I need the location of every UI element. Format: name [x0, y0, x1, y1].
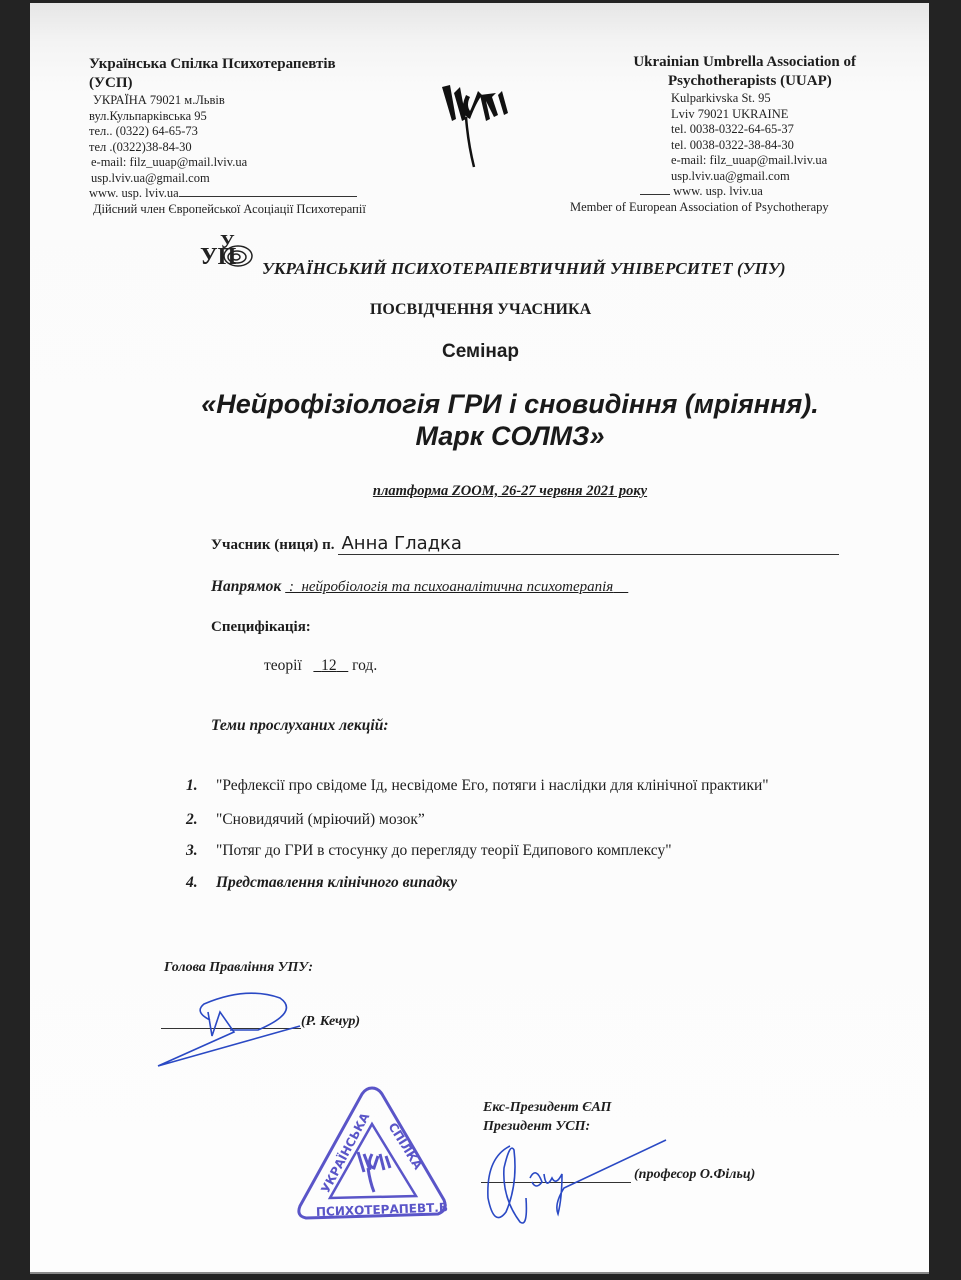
seminar-title-line-1: «Нейрофізіологія ГРИ і сновидіння (мріян… [0, 388, 961, 420]
underline [179, 196, 357, 197]
address-line: Kulparkivska St. 95 [671, 91, 860, 107]
certificate-title: ПОСВІДЧЕННЯ УЧАСНИКА [0, 301, 961, 319]
lecture-text: "Потяг до ГРИ в стосунку до перегляду те… [216, 842, 672, 859]
lecture-text: "Рефлексії про свідоме Ід, несвідоме Его… [216, 777, 769, 794]
membership-line: Member of European Association of Psycho… [570, 200, 860, 216]
lecture-text: "Сновидячий (мріючий) мозок” [216, 811, 425, 828]
president-signature-icon [480, 1138, 670, 1230]
address-line: УКРАЇНА 79021 м.Львів [89, 93, 366, 109]
website-line: www. usp. lviv.ua [89, 186, 179, 200]
address-line: Lviv 79021 UKRAINE [671, 107, 860, 123]
president-title-1: Екс-Президент ЄАП [483, 1098, 611, 1117]
svg-text:ПСИХОТЕРАПЕВТ.В: ПСИХОТЕРАПЕВТ.В [316, 1200, 449, 1219]
underline [640, 194, 670, 195]
header-left: Українська Спілка Психотерапевтів (УСП) … [89, 55, 366, 217]
event-type: Семінар [0, 341, 961, 363]
head-title: Голова Правління УПУ: [164, 960, 313, 976]
direction-value: нейробіологія та психоаналітична психоте… [301, 579, 613, 595]
theory-label: теорії [264, 657, 302, 674]
president-title: Екс-Президент ЄАП Президент УСП: [483, 1098, 611, 1136]
direction-label: Напрямок [211, 578, 281, 595]
address-line: вул.Кульпарківська 95 [89, 109, 366, 125]
organization-stamp: УКРАЇНСЬКА СПІЛКА ПСИХОТЕРАПЕВТ.В [292, 1082, 452, 1228]
lecture-text: Представлення клінічного випадку [216, 874, 457, 891]
lecture-number: 3. [186, 842, 216, 860]
theory-hours: 12 [321, 657, 337, 674]
lecture-item: 3."Потяг до ГРИ в стосунку до перегляду … [186, 842, 672, 860]
org-name-en-2: Psychotherapists (UUAP) [570, 72, 860, 91]
seminar-title: «Нейрофізіологія ГРИ і сновидіння (мріян… [0, 388, 961, 452]
lecture-number: 4. [186, 874, 216, 892]
university-name: УКРАЇНСЬКИЙ ПСИХОТЕРАПЕВТИЧНИЙ УНІВЕРСИТ… [262, 259, 786, 279]
theory-hours-row: теорії 12 год. [264, 657, 377, 675]
head-signature-icon [150, 990, 310, 1070]
email-line: e-mail: filz_uuap@mail.lviv.ua [89, 155, 366, 171]
phone-line: tel. 0038-0322-64-65-37 [671, 122, 860, 138]
lecture-item: 1."Рефлексії про свідоме Ід, несвідоме Е… [186, 777, 769, 795]
seminar-title-line-2: Марк СОЛМЗ» [0, 420, 961, 452]
hours-unit: год. [352, 657, 377, 674]
specification-label: Специфікація: [211, 619, 311, 636]
phone-line: tel. 0038-0322-38-84-30 [671, 138, 860, 154]
upu-logo-icon: УП У [200, 226, 256, 272]
lecture-item: 2."Сновидячий (мріючий) мозок” [186, 811, 425, 829]
svg-text:СПІЛКА: СПІЛКА [385, 1120, 425, 1172]
lecture-number: 1. [186, 777, 216, 795]
org-name-en: Ukrainian Umbrella Association of [570, 53, 860, 72]
org-name-uk: Українська Спілка Психотерапевтів [89, 55, 366, 74]
email-line: e-mail: filz_uuap@mail.lviv.ua [671, 153, 860, 169]
phone-line: тел .(0322)38-84-30 [89, 140, 366, 156]
lectures-heading: Теми прослуханих лекцій: [211, 717, 389, 735]
email-line: usp.lviv.ua@gmail.com [89, 171, 366, 187]
org-abbr-uk: (УСП) [89, 74, 366, 93]
direction-row: Напрямок : нейробіологія та психоаналіти… [211, 578, 628, 596]
membership-line: Дійсний член Європейської Асоціації Псих… [89, 202, 366, 218]
platform-date: платформа ZOOM, 26-27 червня 2021 року [0, 483, 961, 500]
website-line: www. usp. lviv.ua [673, 184, 763, 198]
usp-logo-icon [436, 73, 516, 168]
participant-row: Учасник (ниця) п. Анна Гладка [211, 533, 861, 555]
email-line: usp.lviv.ua@gmail.com [671, 169, 860, 185]
participant-label: Учасник (ниця) п. [211, 537, 334, 553]
lecture-item: 4.Представлення клінічного випадку [186, 874, 457, 892]
participant-name: Анна Гладка [338, 533, 839, 555]
president-title-2: Президент УСП: [483, 1117, 611, 1136]
header-right: Ukrainian Umbrella Association of Psycho… [570, 53, 860, 215]
phone-line: тел.. (0322) 64-65-73 [89, 124, 366, 140]
lecture-number: 2. [186, 811, 216, 829]
